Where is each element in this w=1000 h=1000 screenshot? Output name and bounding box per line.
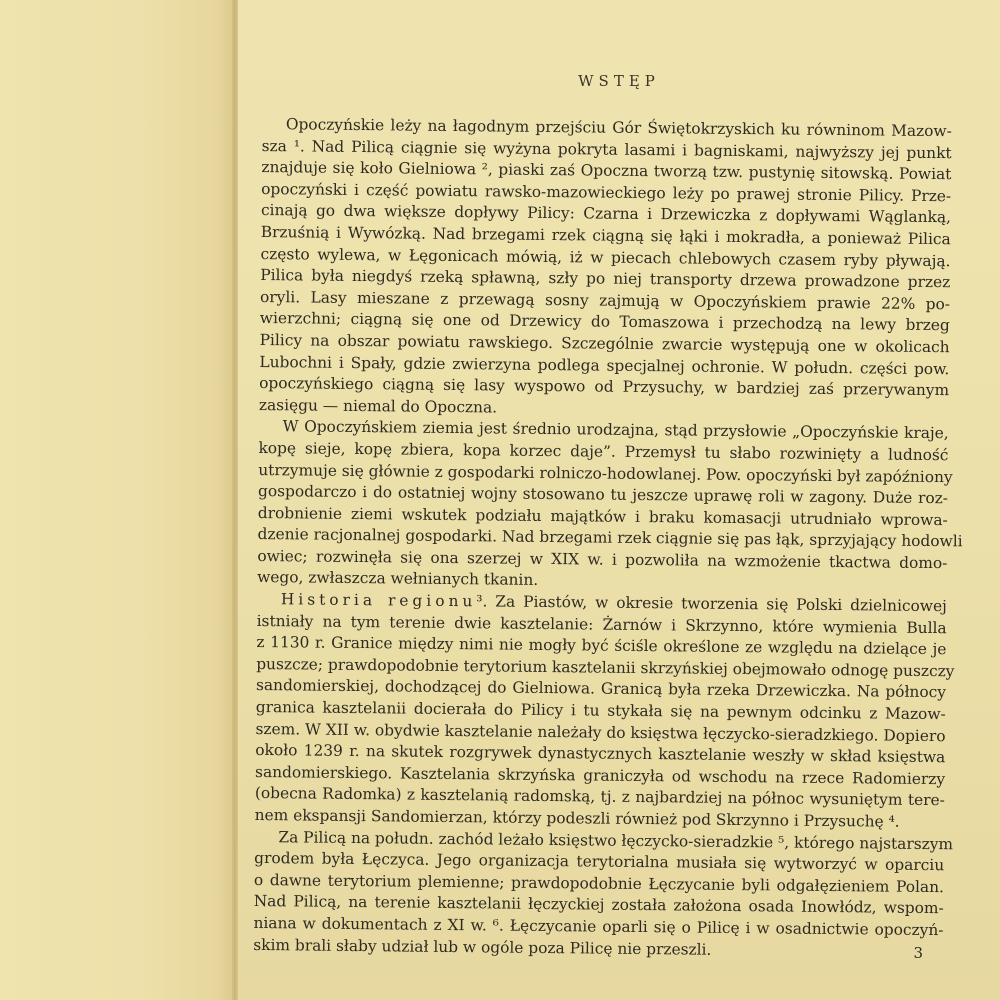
paragraph-2: W Opoczyńskiem ziemia jest średnio urodz… (257, 416, 949, 596)
left-page (0, 0, 236, 1000)
right-page: WSTĘP Opoczyńskie leży na łagodnym przej… (238, 0, 1000, 1000)
page-title: WSTĘP (238, 72, 1000, 90)
section-lead: Historia regionu (281, 590, 477, 610)
paragraph-3: Historia regionu³. Za Piastów, w okresie… (255, 589, 947, 834)
paragraph-4: Za Pilicą na połudn. zachód leżało księs… (253, 827, 944, 964)
page-number: 3 (913, 944, 923, 962)
paragraph-1: Opoczyńskie leży na łagodnym przejściu G… (259, 114, 952, 424)
body-text: Opoczyńskie leży na łagodnym przejściu G… (253, 114, 952, 963)
text-fragment: ³. Za Piastów, w okresie tworzenia się P… (476, 592, 947, 615)
